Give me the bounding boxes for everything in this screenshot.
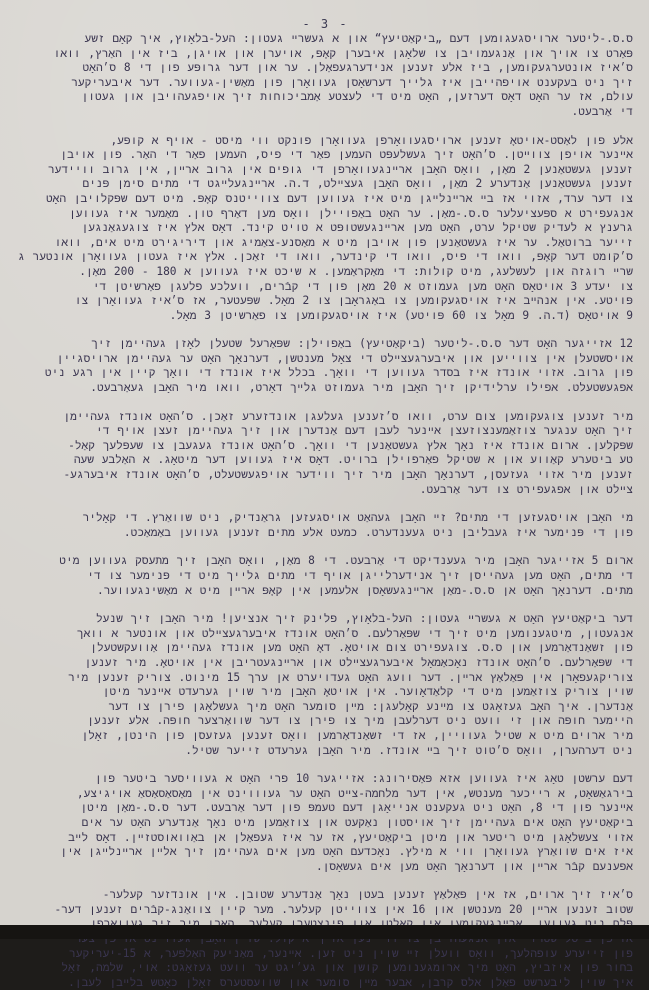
text-line: פון זשאַנדאַרמען און ס.ס. צוגעפירט צום א…	[18, 641, 633, 656]
paragraph: דער ביקאַטיעץ האָט א געשרײ געטון: העל-בל…	[18, 612, 633, 758]
text-line: היימער חופּה און זי וועט ניט דערלעבן מיך…	[18, 714, 633, 729]
paragraph: מיר זענען צוגעקומען צום ערט, וואו ס׳זענע…	[18, 410, 633, 498]
text-line: ס׳איז אונטערגעקומען, ביז אלע זענען אנידע…	[18, 61, 633, 76]
text-line: פון גרוב. אזוי אונדז איז בסדר געווען די …	[18, 366, 633, 381]
paragraph: ס.ס.-ליטער ארויסגעגומען דעם „ביקאַטיעץ“ …	[18, 32, 633, 120]
text-line: 12 אזייגער האָט דער ס.ס.-ליטער (ביקאַטיע…	[18, 337, 633, 352]
page-number: - 3 -	[18, 16, 633, 32]
paragraph: דעם ערשטן טאָג איז געווען אזא פּאַסירונג…	[18, 772, 633, 874]
text-line: בירגאַשאָט, א רייכער מענטש, אין דער מלחמ…	[18, 787, 633, 802]
text-line: דעם ערשטן טאָג איז געווען אזא פּאַסירונג…	[18, 772, 633, 787]
text-line: שפּקלען. ארום אונדז איז נאָך אלץ געשטאַנ…	[18, 439, 633, 454]
text-line: צו יעדע 3 אויטאָס האָט מען געמוזט א 20 מ…	[18, 280, 633, 295]
text-line: פון די פּנימער איז געבליבן ניט געענדערט.…	[18, 526, 633, 541]
text-line: די אַרבעט.	[18, 105, 633, 120]
text-line: זענען מיר אזוי געזעסן, דערנאָך האָבן מיר…	[18, 468, 633, 483]
document-body: ס.ס.-ליטער ארויסגעגומען דעם „ביקאַטיעץ“ …	[18, 32, 633, 939]
text-line: מתים. דערנאָך האָט אן ס.ס.-מאַן ארײנגעשא…	[18, 584, 633, 599]
text-line: ס׳קומט דער קאָפּ, וואו די פיס, וואו די ק…	[18, 250, 633, 265]
text-line: דער ביקאַטיעץ האָט א געשרײ געטון: העל-בל…	[18, 612, 633, 627]
text-line: די שפּאַרלעם. ס׳האָט אונדז נאָכאַמאָל אי…	[18, 656, 633, 671]
text-line: אפגעשטעלט. אפילו ערלידיקן זיך האָבן מיר …	[18, 381, 633, 396]
text-line: אײנער פון די 8, האָט ניט געקענט אנייאָגן…	[18, 801, 633, 816]
text-line: אַנדערן. איך האָב געזאָגט צו מײנע קאָלעג…	[18, 700, 633, 715]
paragraph: 12 אזייגער האָט דער ס.ס.-ליטער (ביקאַטיע…	[18, 337, 633, 395]
text-line: אפענעם קבֿר ארײן און דערנאָך האָט מען אי…	[18, 860, 633, 875]
text-line: ביקאַטיעץ האָט אים געהיימן זיך אויסטון נ…	[18, 816, 633, 831]
text-line: טע ביטערע קאַווע און א שטיקל פאַרפוילן ב…	[18, 453, 633, 468]
text-line: מיר ארוים מיט א שטיל געוויין, אז די זשאַ…	[18, 729, 633, 744]
text-line: פּויטע. אין אנהײב איז אויסגעקומען צו באַ…	[18, 294, 633, 309]
text-line: עולם, אז ער האָט דאָס דערזען, האָט מיט ד…	[18, 90, 633, 105]
text-line: ארום 5 אזייגער האָבן מיר געענדיקט די אַר…	[18, 554, 633, 569]
text-line: איז אים שוואַרץ געוואָרן ווי א מילץ. נאָ…	[18, 845, 633, 860]
text-line: שטוב זענען ארײן 20 מענטשן און 16 אין צוו…	[18, 903, 633, 918]
typewritten-document-page: - 3 - ס.ס.-ליטער ארויסגעגומען דעם „ביקאַ…	[0, 0, 649, 925]
text-line: אויסשטעלן אין צווייען און איבערגעצײלט די…	[18, 352, 633, 367]
text-line: די מתים, האָט מען געהייסן זיך אנידערלייג…	[18, 569, 633, 584]
text-line: אזוי צעשלאָגן מיט ריטער און מיטן ביקאַטי…	[18, 831, 633, 846]
text-line: שרײ רוגזה און לעשלעג, מיט קולות: די מאַק…	[18, 265, 633, 280]
text-line: זיך ניט בעקענט אויפהייבן איז גלייך דערשא…	[18, 76, 633, 91]
text-line: זייער ברוטאַל. ער איז געשטאַנען פון אויב…	[18, 236, 633, 251]
paragraph: ארום 5 אזייגער האָבן מיר געענדיקט די אַר…	[18, 554, 633, 598]
text-line: צו דער ערד, אזוי אז בײ ארײנלײגן מיט איז …	[18, 192, 633, 207]
paragraph: מי האָבן אויסגעזען די מתים? זײ האָבן געה…	[18, 511, 633, 540]
text-line: אנגעפירט א ספּעציעלער ס.ס.-מאַן. ער האָט…	[18, 207, 633, 222]
text-line: שוין צוריק צוזאַמען מיט די קלאַדאָוער. א…	[18, 685, 633, 700]
text-line: ניט דערהערן, וואָס ס׳טוט זיך בײ אונדז. מ…	[18, 744, 633, 759]
text-line: פּאַרט צו אויך און אַנגעמויבן צו שלאָגן …	[18, 47, 633, 62]
text-line: ס׳איז זיך ארוים, אז אין פּאַלאַץ זענען ב…	[18, 888, 633, 903]
text-line: ס.ס.-ליטער ארויסגעגומען דעם „ביקאַטיעץ“ …	[18, 32, 633, 47]
text-line: מיר זענען צוגעקומען צום ערט, וואו ס׳זענע…	[18, 410, 633, 425]
text-line: מי האָבן אויסגעזען די מתים? זײ האָבן געה…	[18, 511, 633, 526]
text-line: גרענץ א לעדיק שטיקל ערט, האָט מען ארײנגע…	[18, 221, 633, 236]
text-line: צוריקגעפאָרן אין פּאַלאַץ ארײן. דער וועג…	[18, 671, 633, 686]
text-line: זענען געשטאַנען אַנדערע 2 מאַן, וואָס הא…	[18, 177, 633, 192]
text-line: צײלט און אפגעפירט צו דער אַרבעט.	[18, 483, 633, 498]
text-line: אײנער אויפן צווײטן. ס׳האָט זיך געשלעפּט …	[18, 148, 633, 163]
scan-bottom-edge	[0, 925, 649, 939]
paragraph: אלע פון לאַסט-אויטאָ זענען ארויסגעוואָרפ…	[18, 134, 633, 324]
text-line: זיך האָט ענגער צוזאַמענצוזעצן אײנער לעבן…	[18, 424, 633, 439]
text-line: 9 אויטאָס (ד.ה. 9 מאָל צו 60 פּויטע) איז…	[18, 309, 633, 324]
text-line: אנגעטון, מיטגענומען מיט זיך די שפּאַרלעם…	[18, 627, 633, 642]
text-line: זענען געשטאַנען 2 מאַן, וואָס האָבן ארײנ…	[18, 163, 633, 178]
text-line: אלע פון לאַסט-אויטאָ זענען ארויסגעוואָרפ…	[18, 134, 633, 149]
